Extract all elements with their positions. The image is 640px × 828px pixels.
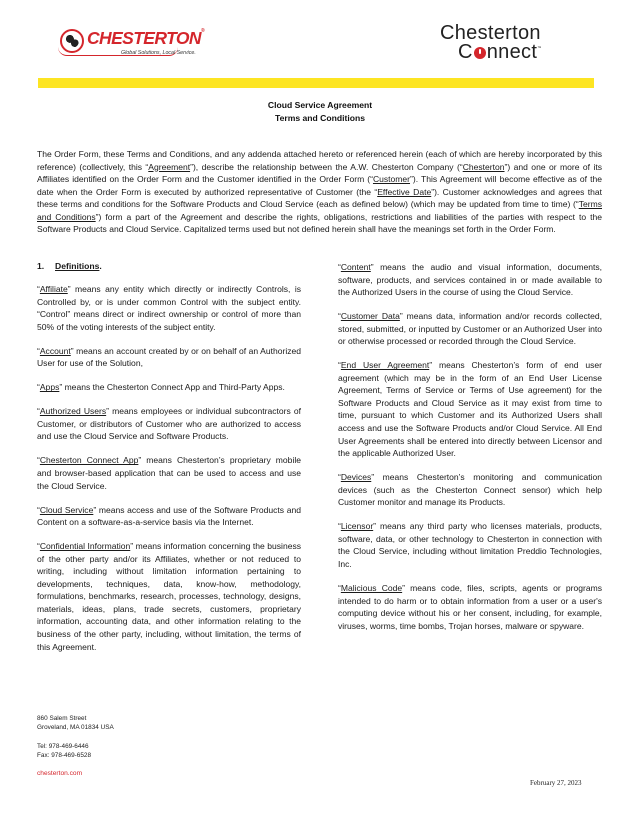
section-heading: 1.Definitions.: [37, 261, 301, 271]
title-line: Cloud Service Agreement: [0, 99, 640, 112]
definition-end-user-agreement: “End User Agreement” means Chesterton’s …: [338, 359, 602, 459]
chesterton-logo: CHESTERTON® Global Solutions, Local Serv…: [60, 27, 220, 63]
definition-cloud-service: “Cloud Service” means access and use of …: [37, 504, 301, 529]
footer-contact: 860 Salem Street Groveland, MA 01834 USA…: [37, 714, 114, 778]
address-line2: Groveland, MA 01834 USA: [37, 723, 114, 732]
subtitle-line: Terms and Conditions: [0, 112, 640, 125]
phone-number: Tel: 978-469-6446: [37, 742, 114, 751]
definitions-right-column: “Content” means the audio and visual inf…: [338, 261, 602, 644]
definition-licensor: “Licensor” means any third party who lic…: [338, 520, 602, 570]
definitions-left-column: 1.Definitions. “Affiliate” means any ent…: [37, 261, 301, 665]
definition-chesterton-connect-app: “Chesterton Connect App” means Chesterto…: [37, 454, 301, 492]
definition-authorized-users: “Authorized Users” means employees or in…: [37, 405, 301, 443]
fax-number: Fax: 978-469-6528: [37, 751, 114, 760]
address-line1: 860 Salem Street: [37, 714, 114, 723]
brand-name: CHESTERTON®: [87, 28, 204, 49]
definition-confidential-information: “Confidential Information” means informa…: [37, 540, 301, 653]
accent-bar: [38, 78, 594, 88]
term-chesterton: Chesterton: [463, 162, 505, 172]
definition-apps: “Apps” means the Chesterton Connect App …: [37, 381, 301, 394]
website-link[interactable]: chesterton.com: [37, 769, 114, 778]
document-page: CHESTERTON® Global Solutions, Local Serv…: [0, 0, 640, 828]
chesterton-connect-logo: Chesterton Cnnect™: [440, 22, 600, 66]
definition-content: “Content” means the audio and visual inf…: [338, 261, 602, 299]
document-date: February 27, 2023: [530, 779, 582, 787]
term-effective-date: Effective Date: [377, 187, 431, 197]
definition-customer-data: “Customer Data” means data, information …: [338, 310, 602, 348]
term-agreement: Agreement: [148, 162, 190, 172]
term-customer: Customer: [373, 174, 410, 184]
connect-o-icon: [474, 47, 486, 59]
brand-tagline: Global Solutions, Local Service.: [121, 50, 196, 56]
connect-logo-line2: Cnnect™: [458, 41, 542, 64]
intro-paragraph: The Order Form, these Terms and Conditio…: [37, 148, 602, 236]
definition-malicious-code: “Malicious Code” means code, files, scri…: [338, 582, 602, 632]
definition-affiliate: “Affiliate” means any entity which direc…: [37, 283, 301, 333]
definition-devices: “Devices” means Chesterton’s monitoring …: [338, 471, 602, 509]
document-title: Cloud Service Agreement Terms and Condit…: [0, 99, 640, 125]
definition-account: “Account” means an account created by or…: [37, 345, 301, 370]
